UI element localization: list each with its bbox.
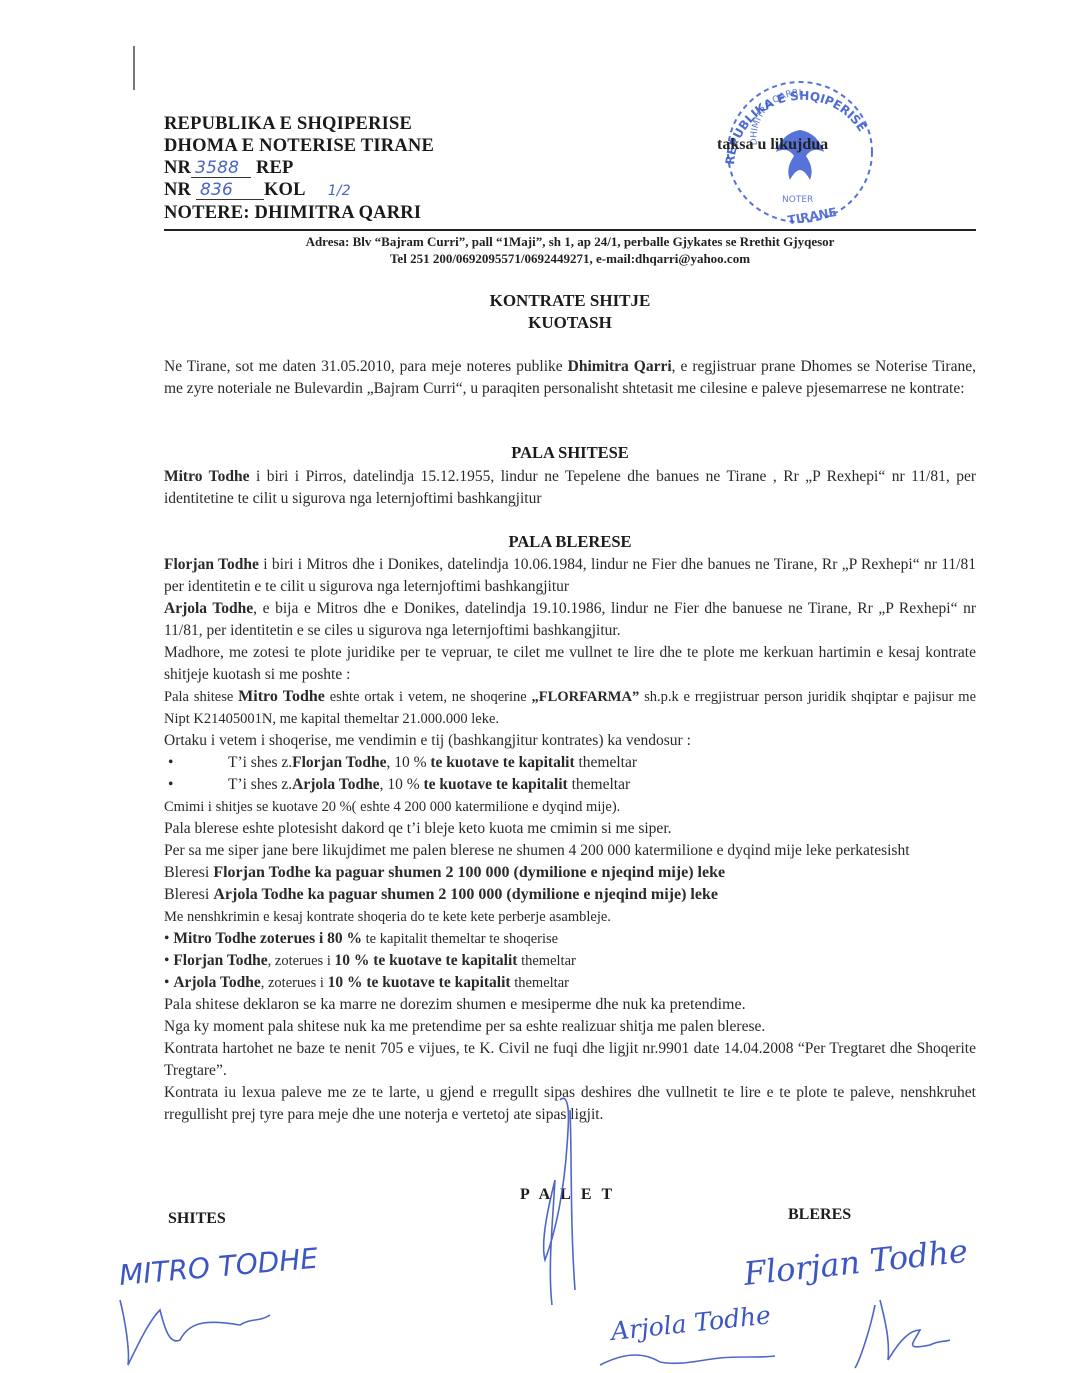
settlement-text: Per sa me siper jane bere likujdimet me … xyxy=(164,840,976,862)
svg-text:NOTER: NOTER xyxy=(782,195,813,205)
notary-name: Dhimitra Qarri xyxy=(568,358,672,375)
buyer-details: , e bija e Mitros dhe e Donikes, datelin… xyxy=(164,600,976,639)
margin-mark xyxy=(133,46,135,90)
buyer1-signature: Florjan Todhe xyxy=(741,1232,970,1293)
member-share: 10 % te kuotave te kapitalit xyxy=(328,974,511,991)
intro-paragraph: Ne Tirane, sot me daten 31.05.2010, para… xyxy=(164,356,976,400)
payment-detail: Florjan Todhe ka paguar shumen 2 100 000… xyxy=(213,864,725,881)
declaration-text: Pala shitese deklaron se ka marre ne dor… xyxy=(164,994,976,1016)
transfer-text: , 10 % xyxy=(380,776,424,793)
transfer-text: themeltar xyxy=(575,754,637,771)
transfer-text: T’i shes z. xyxy=(228,776,292,793)
kol-number: 836 xyxy=(196,181,264,200)
seller-name: Mitro Todhe xyxy=(164,468,249,485)
member-text: , zoterues i xyxy=(261,975,328,991)
assembly-item: • Florjan Todhe, zoterues i 10 % te kuot… xyxy=(164,950,976,972)
title-line-2: KUOTASH xyxy=(164,312,976,334)
payment-line: Bleresi Arjola Todhe ka paguar shumen 2 … xyxy=(164,884,976,906)
title-line-1: KONTRATE SHITJE xyxy=(164,290,976,312)
bullet-icon: • xyxy=(164,774,228,796)
member-name: Mitro Todhe zoterues i 80 % xyxy=(173,930,362,947)
company-name: „FLORFARMA” xyxy=(532,689,640,705)
transfer-text: , 10 % xyxy=(386,754,430,771)
member-share: 10 % te kuotave te kapitalit xyxy=(334,952,517,969)
buyer-name: Arjola Todhe xyxy=(292,776,379,793)
transfer-text: T’i shes z. xyxy=(228,754,292,771)
kol-annotation: 1/2 xyxy=(328,183,351,199)
payment-line: Bleresi Florjan Todhe ka paguar shumen 2… xyxy=(164,862,976,884)
buyer-heading: PALA BLERESE xyxy=(164,532,976,552)
seller-label: SHITES xyxy=(168,1210,226,1228)
transfer-text: themeltar xyxy=(568,776,630,793)
no-claims-text: Nga ky moment pala shitese nuk ka me pre… xyxy=(164,1016,976,1038)
header-rep-line: NR3588 REP xyxy=(164,157,434,179)
seller-paraph-icon xyxy=(120,1300,270,1365)
header-chamber: DHOMA E NOTERISE TIRANE xyxy=(164,135,434,157)
member-name: Florjan Todhe xyxy=(173,952,267,969)
header-republic: REPUBLIKA E SHQIPERISE xyxy=(164,113,434,135)
agreement-text: Pala blerese eshte plotesisht dakord qe … xyxy=(164,818,976,840)
member-text: , zoterues i xyxy=(268,953,335,969)
buyer-name: Arjola Todhe xyxy=(164,600,253,617)
seller-heading: PALA SHITESE xyxy=(164,443,976,463)
assembly-intro: Me nenshkrimin e kesaj kontrate shoqeria… xyxy=(164,906,976,928)
member-text: themeltar xyxy=(517,953,575,969)
member-name: Arjola Todhe xyxy=(173,974,260,991)
payment-prefix: Bleresi xyxy=(164,864,213,881)
assembly-item: • Arjola Todhe, zoterues i 10 % te kuota… xyxy=(164,972,976,994)
seller-signature: MITRO TODHE xyxy=(118,1242,320,1292)
address-line: Adresa: Blv “Bajram Curri”, pall “1Maji”… xyxy=(164,233,976,250)
buyer-paraph-icon xyxy=(855,1300,950,1368)
buyer-name: Florjan Todhe xyxy=(292,754,386,771)
company-text: eshte ortak i vetem, ne shoqerine xyxy=(325,689,532,705)
transfer-item: •T’i shes z.Arjola Todhe, 10 % te kuotav… xyxy=(164,774,976,796)
seller-paragraph: Mitro Todhe i biri i Pirros, datelindja … xyxy=(164,466,976,510)
notary-header: REPUBLIKA E SHQIPERISE DHOMA E NOTERISE … xyxy=(164,113,434,224)
nr-label: NR xyxy=(164,158,191,178)
capacity-text: Madhore, me zotesi te plote juridike per… xyxy=(164,642,976,686)
buyer-details: i biri i Mitros dhe i Donikes, datelindj… xyxy=(164,556,976,595)
nr-label: NR xyxy=(164,180,191,200)
contact-line: Tel 251 200/0692095571/0692449271, e-mai… xyxy=(164,250,976,267)
seller-name: Mitro Todhe xyxy=(238,688,325,705)
intro-text: Ne Tirane, sot me daten 31.05.2010, para… xyxy=(164,358,568,375)
buyer-entry: Florjan Todhe i biri i Mitros dhe i Doni… xyxy=(164,554,976,598)
member-text: themeltar xyxy=(511,975,569,991)
legal-basis-text: Kontrata hartohet ne baze te nenit 705 e… xyxy=(164,1038,976,1082)
header-divider xyxy=(164,229,976,231)
price-text: Cmimi i shitjes se kuotave 20 %( eshte 4… xyxy=(164,796,976,818)
notary-address: Adresa: Blv “Bajram Curri”, pall “1Maji”… xyxy=(164,233,976,267)
header-kol-line: NR 836KOL1/2 xyxy=(164,179,434,202)
assembly-item: • Mitro Todhe zoterues i 80 % te kapital… xyxy=(164,928,976,950)
transfer-bold: te kuotave te kapitalit xyxy=(424,776,568,793)
company-paragraph: Pala shitese Mitro Todhe eshte ortak i v… xyxy=(164,686,976,730)
payment-prefix: Bleresi xyxy=(164,886,213,903)
payment-detail: Arjola Todhe ka paguar shumen 2 100 000 … xyxy=(213,886,718,903)
rep-label: REP xyxy=(256,158,294,178)
parties-label: PALET xyxy=(520,1186,622,1204)
closing-text: Kontrata iu lexua paleve me ze te larte,… xyxy=(164,1082,976,1126)
header-notary: NOTERE: DHIMITRA QARRI xyxy=(164,202,434,224)
company-text: Pala shitese xyxy=(164,689,238,705)
member-text: te kapitalit themeltar te shoqerise xyxy=(362,931,558,947)
decision-text: Ortaku i vetem i shoqerise, me vendimin … xyxy=(164,730,976,752)
buyer2-signature: Arjola Todhe xyxy=(608,1300,772,1346)
contract-title: KONTRATE SHITJE KUOTASH xyxy=(164,290,976,334)
bullet-icon: • xyxy=(164,752,228,774)
transfer-item: •T’i shes z.Florjan Todhe, 10 % te kuota… xyxy=(164,752,976,774)
buyer-label: BLERES xyxy=(788,1206,851,1224)
svg-text:TIRANE: TIRANE xyxy=(787,205,838,227)
rep-number: 3588 xyxy=(191,159,251,178)
kol-label: KOL xyxy=(264,180,306,200)
buyer-name: Florjan Todhe xyxy=(164,556,259,573)
seller-details: i biri i Pirros, datelindja 15.12.1955, … xyxy=(164,468,976,507)
transfer-bold: te kuotave te kapitalit xyxy=(430,754,574,771)
buyer-entry: Arjola Todhe, e bija e Mitros dhe e Doni… xyxy=(164,598,976,642)
tax-paid-note: taksa u likujdua xyxy=(717,136,828,154)
buyers-block: Florjan Todhe i biri i Mitros dhe i Doni… xyxy=(164,554,976,1126)
buyer2-paraph-icon xyxy=(600,1355,775,1365)
